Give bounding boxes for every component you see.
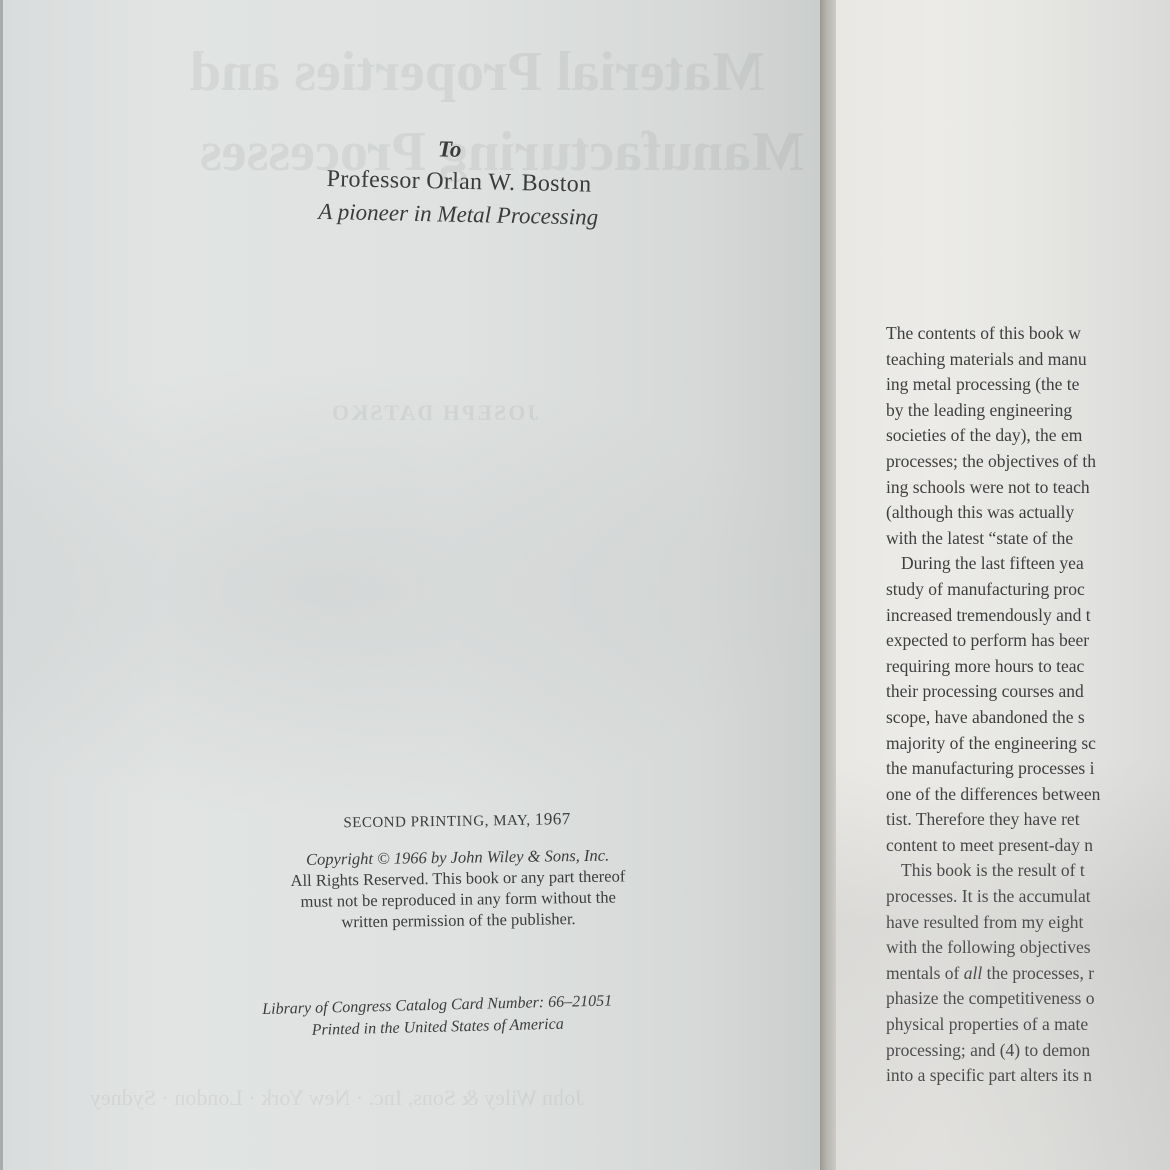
printing-notice: SECOND PRINTING, MAY, 1967 (222, 807, 692, 834)
text-line: physical properties of a mate (886, 1012, 1170, 1038)
text-line: their processing courses and (886, 679, 1170, 705)
dedication-subtitle: A pioneer in Metal Processing (228, 197, 688, 233)
text-line: The contents of this book w (886, 321, 1170, 347)
text-line: into a specific part alters its n (886, 1063, 1170, 1089)
text-line: content to meet present-day n (886, 833, 1170, 859)
text-line: one of the differences between (886, 782, 1170, 808)
text-line: teaching materials and manu (886, 347, 1170, 373)
text-segment: the processes, r (982, 963, 1094, 983)
text-line: increased tremendously and t (886, 603, 1170, 629)
left-page: Material Properties and Manufacturing Pr… (0, 0, 820, 1170)
text-line: ing schools were not to teach (886, 475, 1170, 501)
text-line: processes. It is the accumulat (886, 884, 1170, 910)
dedication-name: Professor Orlan W. Boston (229, 164, 689, 201)
bleed-through-title-1: Material Properties and (190, 40, 764, 104)
text-line: majority of the engineering sc (886, 731, 1170, 757)
catalog-block: Library of Congress Catalog Card Number:… (222, 989, 653, 1043)
text-line: study of manufacturing proc (886, 577, 1170, 603)
text-line: phasize the competitiveness o (886, 986, 1170, 1012)
right-page: The contents of this book w teaching mat… (836, 0, 1170, 1170)
text-line: During the last fifteen yea (886, 551, 1170, 577)
text-line: societies of the day), the em (886, 423, 1170, 449)
text-line: expected to perform has beer (886, 628, 1170, 654)
text-line: the manufacturing processes i (886, 756, 1170, 782)
text-line: mentals of all the processes, r (886, 961, 1170, 987)
emphasis-all: all (964, 963, 982, 983)
imprint-block: SECOND PRINTING, MAY, 1967 Copyright © 1… (222, 807, 694, 934)
dedication-to: To (209, 132, 689, 168)
bleed-through-publisher: John Wiley & Sons, Inc. · New York · Lon… (90, 1085, 584, 1111)
text-line: (although this was actually (886, 500, 1170, 526)
text-line: scope, have abandoned the s (886, 705, 1170, 731)
printing-label: SECOND PRINTING, MAY, (343, 813, 530, 832)
printing-year: 1967 (535, 809, 571, 829)
dedication: To Professor Orlan W. Boston A pioneer i… (228, 132, 690, 233)
text-segment: mentals of (886, 963, 964, 983)
text-line: processes; the objectives of th (886, 449, 1170, 475)
text-line: with the latest “state of the (886, 526, 1170, 552)
copyright-notice: Copyright © 1966 by John Wiley & Sons, I… (223, 843, 694, 934)
preface-text: The contents of this book w teaching mat… (886, 321, 1170, 1089)
text-line: ing metal processing (the te (886, 372, 1170, 398)
bleed-through-author: JOSEPH DATSKO (330, 400, 538, 426)
text-line: tist. Therefore they have ret (886, 807, 1170, 833)
text-line: processing; and (4) to demon (886, 1038, 1170, 1064)
text-line: with the following objectives (886, 935, 1170, 961)
text-line: by the leading engineering (886, 398, 1170, 424)
text-line: have resulted from my eight (886, 910, 1170, 936)
text-line: requiring more hours to teac (886, 654, 1170, 680)
text-line: This book is the result of t (886, 858, 1170, 884)
open-book-photo: Material Properties and Manufacturing Pr… (0, 0, 1170, 1170)
book-gutter (820, 0, 836, 1170)
